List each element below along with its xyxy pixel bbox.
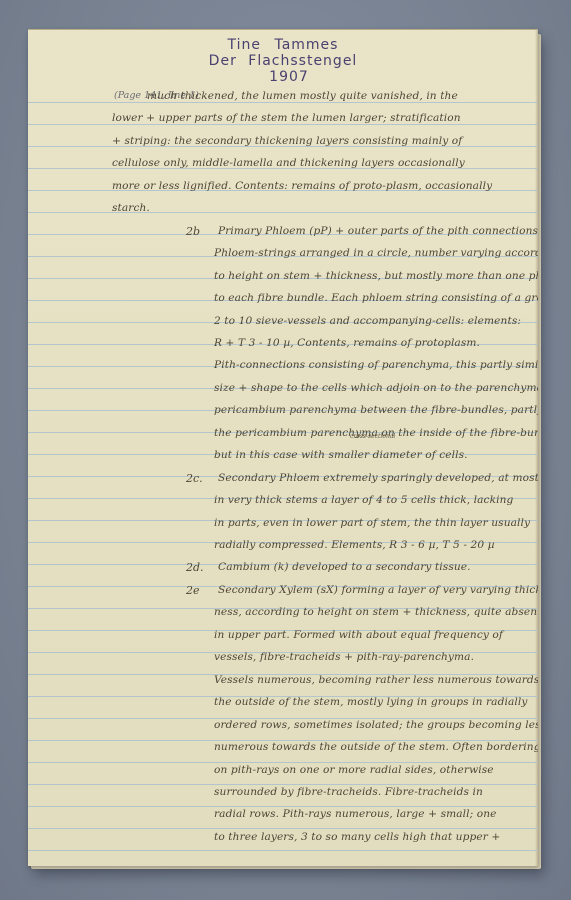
- text-line: Pith-connections consisting of parenchym…: [214, 359, 538, 371]
- text-line: + striping: the secondary thickening lay…: [112, 135, 462, 147]
- text-line: on pith-rays on one or more radial sides…: [214, 764, 494, 776]
- text-line: surrounded by fibre-tracheids. Fibre-tra…: [214, 786, 483, 798]
- text-line: to height on stem + thickness, but mostl…: [214, 270, 538, 282]
- text-line: ordered rows, sometimes isolated; the gr…: [214, 719, 538, 731]
- text-line: Phloem-strings arranged in a circle, num…: [214, 247, 538, 259]
- text-line: Secondary Phloem extremely sparingly dev…: [218, 472, 538, 484]
- text-line: more or less lignified. Contents: remain…: [112, 180, 492, 192]
- text-line: starch.: [112, 202, 150, 214]
- stamp-year: 1907: [28, 69, 538, 85]
- text-line: size + shape to the cells which adjoin o…: [214, 382, 538, 394]
- text-line: Vessels numerous, becoming rather less n…: [214, 674, 538, 686]
- section-number: 2c.: [186, 472, 203, 485]
- text-line: in parts, even in lower part of stem, th…: [214, 517, 530, 529]
- text-line: Secondary Xylem (sX) forming a layer of …: [218, 584, 538, 596]
- ruled-line: [28, 102, 538, 103]
- section-number: 2b: [186, 225, 200, 238]
- text-line: Primary Phloem (pP) + outer parts of the…: [218, 225, 538, 237]
- text-line: the outside of the stem, mostly lying in…: [214, 696, 527, 708]
- ruled-line: [28, 806, 538, 807]
- ruled-line: [28, 212, 538, 213]
- text-line: radial rows. Pith-rays numerous, large +…: [214, 808, 497, 820]
- section-number: 2e: [186, 584, 200, 597]
- text-line: to each fibre bundle. Each phloem string…: [214, 292, 538, 304]
- text-line: but in this case with smaller diameter o…: [214, 449, 468, 461]
- ruled-line: [28, 828, 538, 829]
- text-line: ness, according to height on stem + thic…: [214, 606, 538, 618]
- text-line: lower + upper parts of the stem the lume…: [112, 112, 461, 124]
- text-line: in very thick stems a layer of 4 to 5 ce…: [214, 494, 513, 506]
- stamp-author: Tine Tammes: [28, 37, 538, 53]
- title-stamp: Tine Tammes Der Flachsstengel 1907: [28, 37, 538, 85]
- interlinear-annotation: cross-sectional: [350, 433, 395, 440]
- text-line: much thickened, the lumen mostly quite v…: [147, 90, 458, 102]
- ruled-line: [28, 850, 538, 851]
- text-line: 2 to 10 sieve-vessels and accompanying-c…: [214, 315, 521, 327]
- text-line: radially compressed. Elements, R 3 - 6 µ…: [214, 539, 495, 551]
- stamp-title: Der Flachsstengel: [28, 53, 538, 69]
- notebook-page: Tine Tammes Der Flachsstengel 1907 (Page…: [28, 29, 538, 866]
- text-line: to three layers, 3 to so many cells high…: [214, 831, 500, 843]
- ruled-line: [28, 784, 538, 785]
- text-line: cellulose only, middle-lamella and thick…: [112, 157, 465, 169]
- text-line: in upper part. Formed with about equal f…: [214, 629, 503, 641]
- text-line: Cambium (k) developed to a secondary tis…: [218, 561, 471, 573]
- text-line: R + T 3 - 10 µ, Contents, remains of pro…: [214, 337, 480, 349]
- section-number: 2d.: [186, 561, 204, 574]
- text-line: numerous towards the outside of the stem…: [214, 741, 538, 753]
- text-line: pericambium parenchyma between the fibre…: [214, 404, 538, 416]
- text-line: vessels, fibre-tracheids + pith-ray-pare…: [214, 651, 474, 663]
